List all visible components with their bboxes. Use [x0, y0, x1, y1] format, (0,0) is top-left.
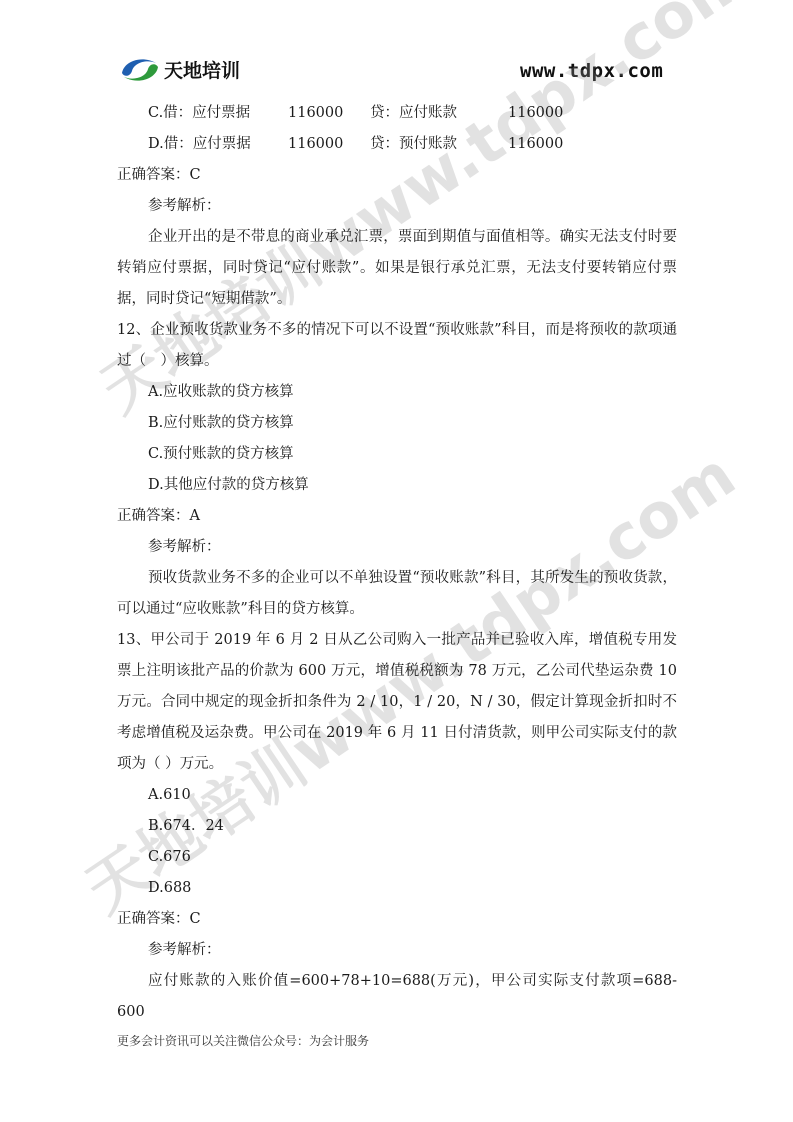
q13-option-d: D.688: [117, 873, 677, 904]
q13-analysis-label: 参考解析：: [117, 935, 677, 966]
brand-logo: 天地培训: [120, 56, 240, 83]
q12-option-c: C.预付账款的贷方核算: [117, 439, 677, 470]
credit-label: 贷：应付账款: [370, 98, 508, 129]
q12-option-d: D.其他应付款的贷方核算: [117, 470, 677, 501]
page-header: 天地培训 www.tdpx.com: [0, 0, 793, 95]
q13-option-a: A.610: [117, 780, 677, 811]
q12-analysis-text: 预收货款业务不多的企业可以不单独设置“预收账款”科目，其所发生的预收货款，可以通…: [117, 563, 677, 625]
credit-label: 贷：预付账款: [370, 129, 508, 160]
q12-answer: 正确答案：A: [117, 501, 677, 532]
q13-answer: 正确答案：C: [117, 904, 677, 935]
q11-analysis-text: 企业开出的是不带息的商业承兑汇票，票面到期值与面值相等。确实无法支付时要转销应付…: [117, 222, 677, 315]
q11-analysis-label: 参考解析：: [117, 191, 677, 222]
debit-amount: 116000: [288, 129, 370, 160]
option-c-entry: C.借：应付票据116000贷：应付账款116000: [117, 98, 677, 129]
page-footer: 更多会计资讯可以关注微信公众号：为会计服务: [117, 1032, 369, 1049]
q13-question: 13、甲公司于 2019 年 6 月 2 日从乙公司购入一批产品并已验收入库，增…: [117, 625, 677, 780]
q12-option-a: A.应收账款的贷方核算: [117, 377, 677, 408]
q11-answer: 正确答案：C: [117, 160, 677, 191]
q12-option-b: B.应付账款的贷方核算: [117, 408, 677, 439]
tdpx-swirl-logo-icon: [120, 57, 160, 83]
option-d-entry: D.借：应付票据116000贷：预付账款116000: [117, 129, 677, 160]
debit-label: D.借：应付票据: [148, 129, 288, 160]
document-body: C.借：应付票据116000贷：应付账款116000 D.借：应付票据11600…: [117, 98, 677, 1028]
q13-option-b: B.674．24: [117, 811, 677, 842]
credit-amount: 116000: [508, 98, 563, 129]
q12-analysis-label: 参考解析：: [117, 532, 677, 563]
site-url: www.tdpx.com: [520, 60, 663, 82]
credit-amount: 116000: [508, 129, 563, 160]
debit-amount: 116000: [288, 98, 370, 129]
logo-text: 天地培训: [164, 56, 240, 83]
q13-analysis-text: 应付账款的入账价值=600+78+10=688(万元)，甲公司实际支付款项=68…: [117, 966, 677, 1028]
q12-question: 12、企业预收货款业务不多的情况下可以不设置“预收账款”科目，而是将预收的款项通…: [117, 315, 677, 377]
q13-option-c: C.676: [117, 842, 677, 873]
debit-label: C.借：应付票据: [148, 98, 288, 129]
